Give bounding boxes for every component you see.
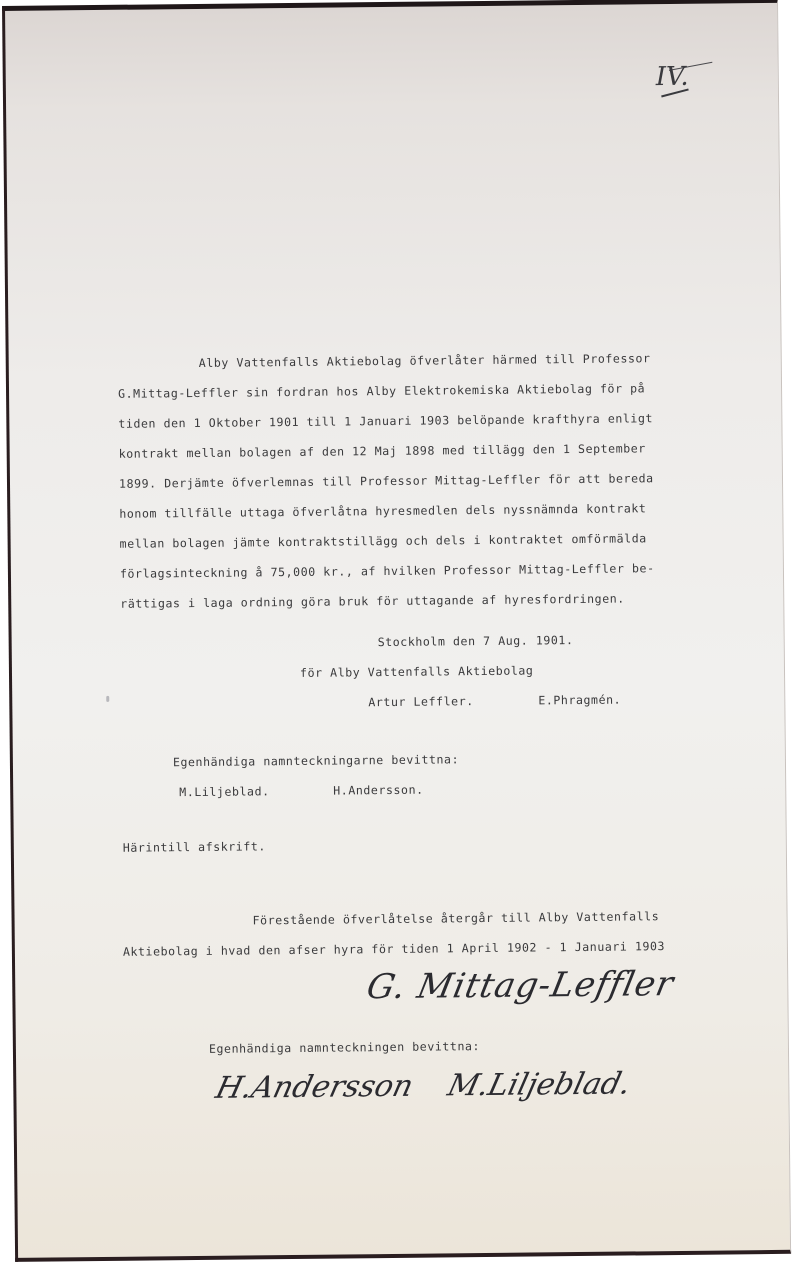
- paragraph-1-line-5: 1899. Derjämte öfverlemnas till Professo…: [119, 473, 654, 490]
- copy-note: Härintill afskrift.: [123, 841, 266, 854]
- witness-1-first: M.Liljeblad.: [179, 786, 269, 799]
- handwritten-witness-liljeblad: M.Liljeblad.: [444, 1066, 634, 1103]
- signatory-second: E.Phragmén.: [538, 695, 621, 707]
- paragraph-1-line-8: förlagsinteckning å 75,000 kr., af hvilk…: [120, 563, 655, 580]
- document-page: IV. Alby Vattenfalls Aktiebolag öfverlåt…: [2, 0, 791, 1262]
- paragraph-1-line-2: G.Mittag-Leffler sin fordran hos Alby El…: [118, 383, 645, 400]
- paragraph-2-line-2: Aktiebolag i hvad den afser hyra för tid…: [123, 941, 665, 958]
- on-behalf-of: för Alby Vattenfalls Aktiebolag: [300, 665, 534, 679]
- place-date: Stockholm den 7 Aug. 1901.: [378, 635, 574, 649]
- handwritten-signature-mittag-leffler: G. Mittag-Leffler: [363, 964, 677, 1007]
- paragraph-1-line-4: kontrakt mellan bolagen af den 12 Maj 18…: [119, 443, 646, 460]
- witness-heading-1: Egenhändiga namnteckningarne bevittna:: [173, 754, 459, 769]
- paragraph-1-line-3: tiden den 1 Oktober 1901 till 1 Januari …: [118, 413, 653, 430]
- folio-number: IV.: [656, 62, 689, 92]
- handwritten-witness-andersson: H.Andersson: [212, 1069, 417, 1106]
- paragraph-1-line-6: honom tillfälle uttaga öfverlåtna hyresm…: [119, 503, 646, 520]
- paragraph-2-line-1: Förestående öfverlåtelse återgår till Al…: [253, 911, 660, 927]
- paper-speck: [106, 696, 109, 702]
- paragraph-1-line-7: mellan bolagen jämte kontraktstillägg oc…: [120, 533, 647, 550]
- witness-heading-2: Egenhändiga namnteckningen bevittna:: [209, 1041, 480, 1055]
- witness-1-second: H.Andersson.: [333, 785, 423, 798]
- paragraph-1-line-1: Alby Vattenfalls Aktiebolag öfverlåter h…: [199, 353, 651, 369]
- paragraph-1-line-9: rättigas i laga ordning göra bruk för ut…: [120, 594, 625, 611]
- signatory-first: Artur Leffler.: [368, 696, 474, 709]
